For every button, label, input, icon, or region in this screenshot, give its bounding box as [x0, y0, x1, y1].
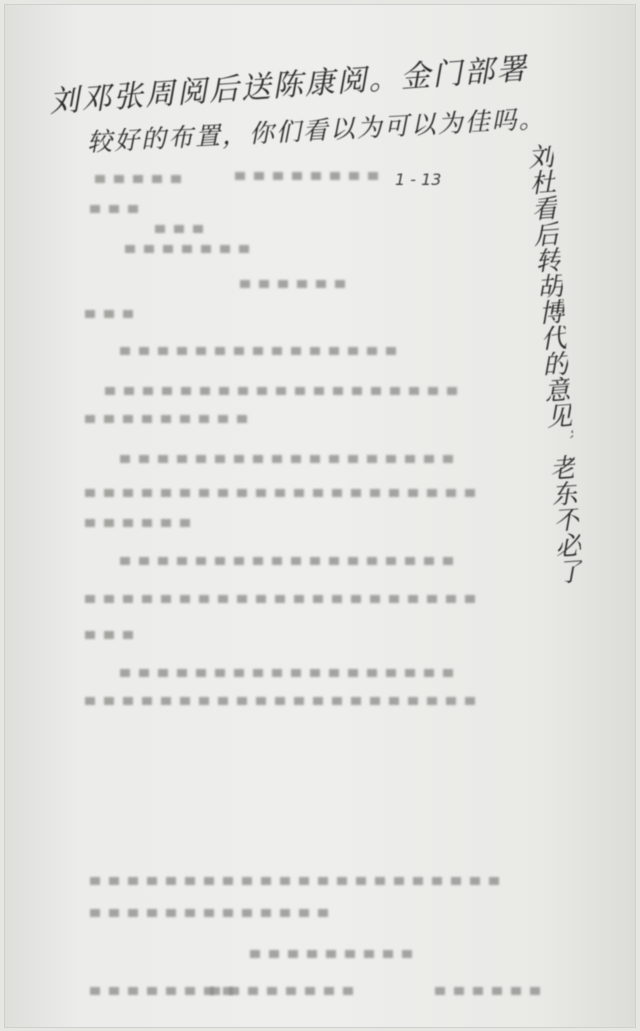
typed-line [85, 595, 475, 603]
typed-line [90, 877, 499, 885]
typed-line [125, 245, 249, 253]
typed-line [85, 310, 133, 318]
typed-line [85, 519, 190, 527]
typed-line [155, 225, 203, 233]
typed-line [95, 175, 181, 183]
typed-line [85, 489, 475, 497]
typed-line [120, 455, 453, 463]
typed-line [120, 347, 396, 355]
typed-line [120, 557, 453, 565]
typed-line [210, 987, 353, 995]
typed-line [120, 669, 453, 677]
document-page: 刘邓张周阅后送陈康阅。金门部署 较好的布置，你们看以为可以为佳吗。 刘杜看后转胡… [4, 4, 636, 1028]
typed-line [435, 987, 540, 995]
typed-line [105, 387, 457, 395]
typed-line [85, 415, 247, 423]
typed-line [85, 697, 475, 705]
header-number: 1 - 13 [395, 170, 441, 189]
typed-line [90, 909, 328, 917]
handwritten-margin-note: 刘杜看后转胡博代的意见，老东不必了 [510, 142, 585, 586]
typed-line [240, 280, 345, 288]
typed-line [90, 205, 138, 213]
typed-line [235, 172, 378, 180]
typed-line [250, 950, 412, 958]
typed-line [85, 631, 133, 639]
